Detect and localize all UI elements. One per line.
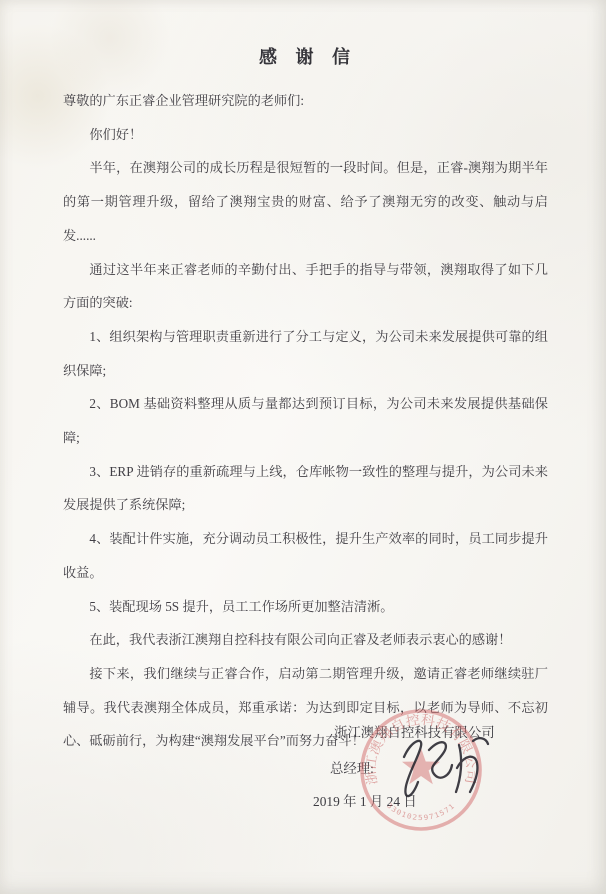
letter-paragraph: 半年，在澳翔公司的成长历程是很短暂的一段时间。但是，正睿-澳翔为期半年的第一期管… xyxy=(63,151,548,252)
letter-paragraph: 4、装配计件实施，充分调动员工积极性，提升生产效率的同时，员工同步提升收益。 xyxy=(63,522,548,589)
greeting: 你们好！ xyxy=(63,118,548,152)
letter-body: 半年，在澳翔公司的成长历程是很短暂的一段时间。但是，正睿-澳翔为期半年的第一期管… xyxy=(63,151,548,758)
letter-content: 感 谢 信 尊敬的广东正睿企业管理研究院的老师们: 你们好！ 半年，在澳翔公司的… xyxy=(63,44,548,758)
letter-paragraph: 3、ERP 进销存的重新疏理与上线，仓库帐物一致性的整理与提升，为公司未来发展提… xyxy=(63,455,548,522)
letter-paragraph: 通过这半年来正睿老师的辛勤付出、手把手的指导与带领，澳翔取得了如下几方面的突破: xyxy=(63,253,548,320)
letter-paragraph: 1、组织架构与管理职责重新进行了分工与定义，为公司未来发展提供可靠的组织保障; xyxy=(63,320,548,387)
letter-paragraph: 在此，我代表浙江澳翔自控科技有限公司向正睿及老师表示衷心的感谢！ xyxy=(63,623,548,657)
handwritten-signature xyxy=(391,733,493,811)
salutation: 尊敬的广东正睿企业管理研究院的老师们: xyxy=(63,84,548,118)
scanned-letter-page: 感 谢 信 尊敬的广东正睿企业管理研究院的老师们: 你们好！ 半年，在澳翔公司的… xyxy=(0,0,606,894)
letter-title: 感 谢 信 xyxy=(63,44,548,70)
letter-paragraph: 2、BOM 基础资料整理从质与量都达到预订目标，为公司未来发展提供基础保障; xyxy=(63,387,548,454)
letter-paragraph: 5、装配现场 5S 提升，员工工作场所更加整洁清淅。 xyxy=(63,590,548,624)
